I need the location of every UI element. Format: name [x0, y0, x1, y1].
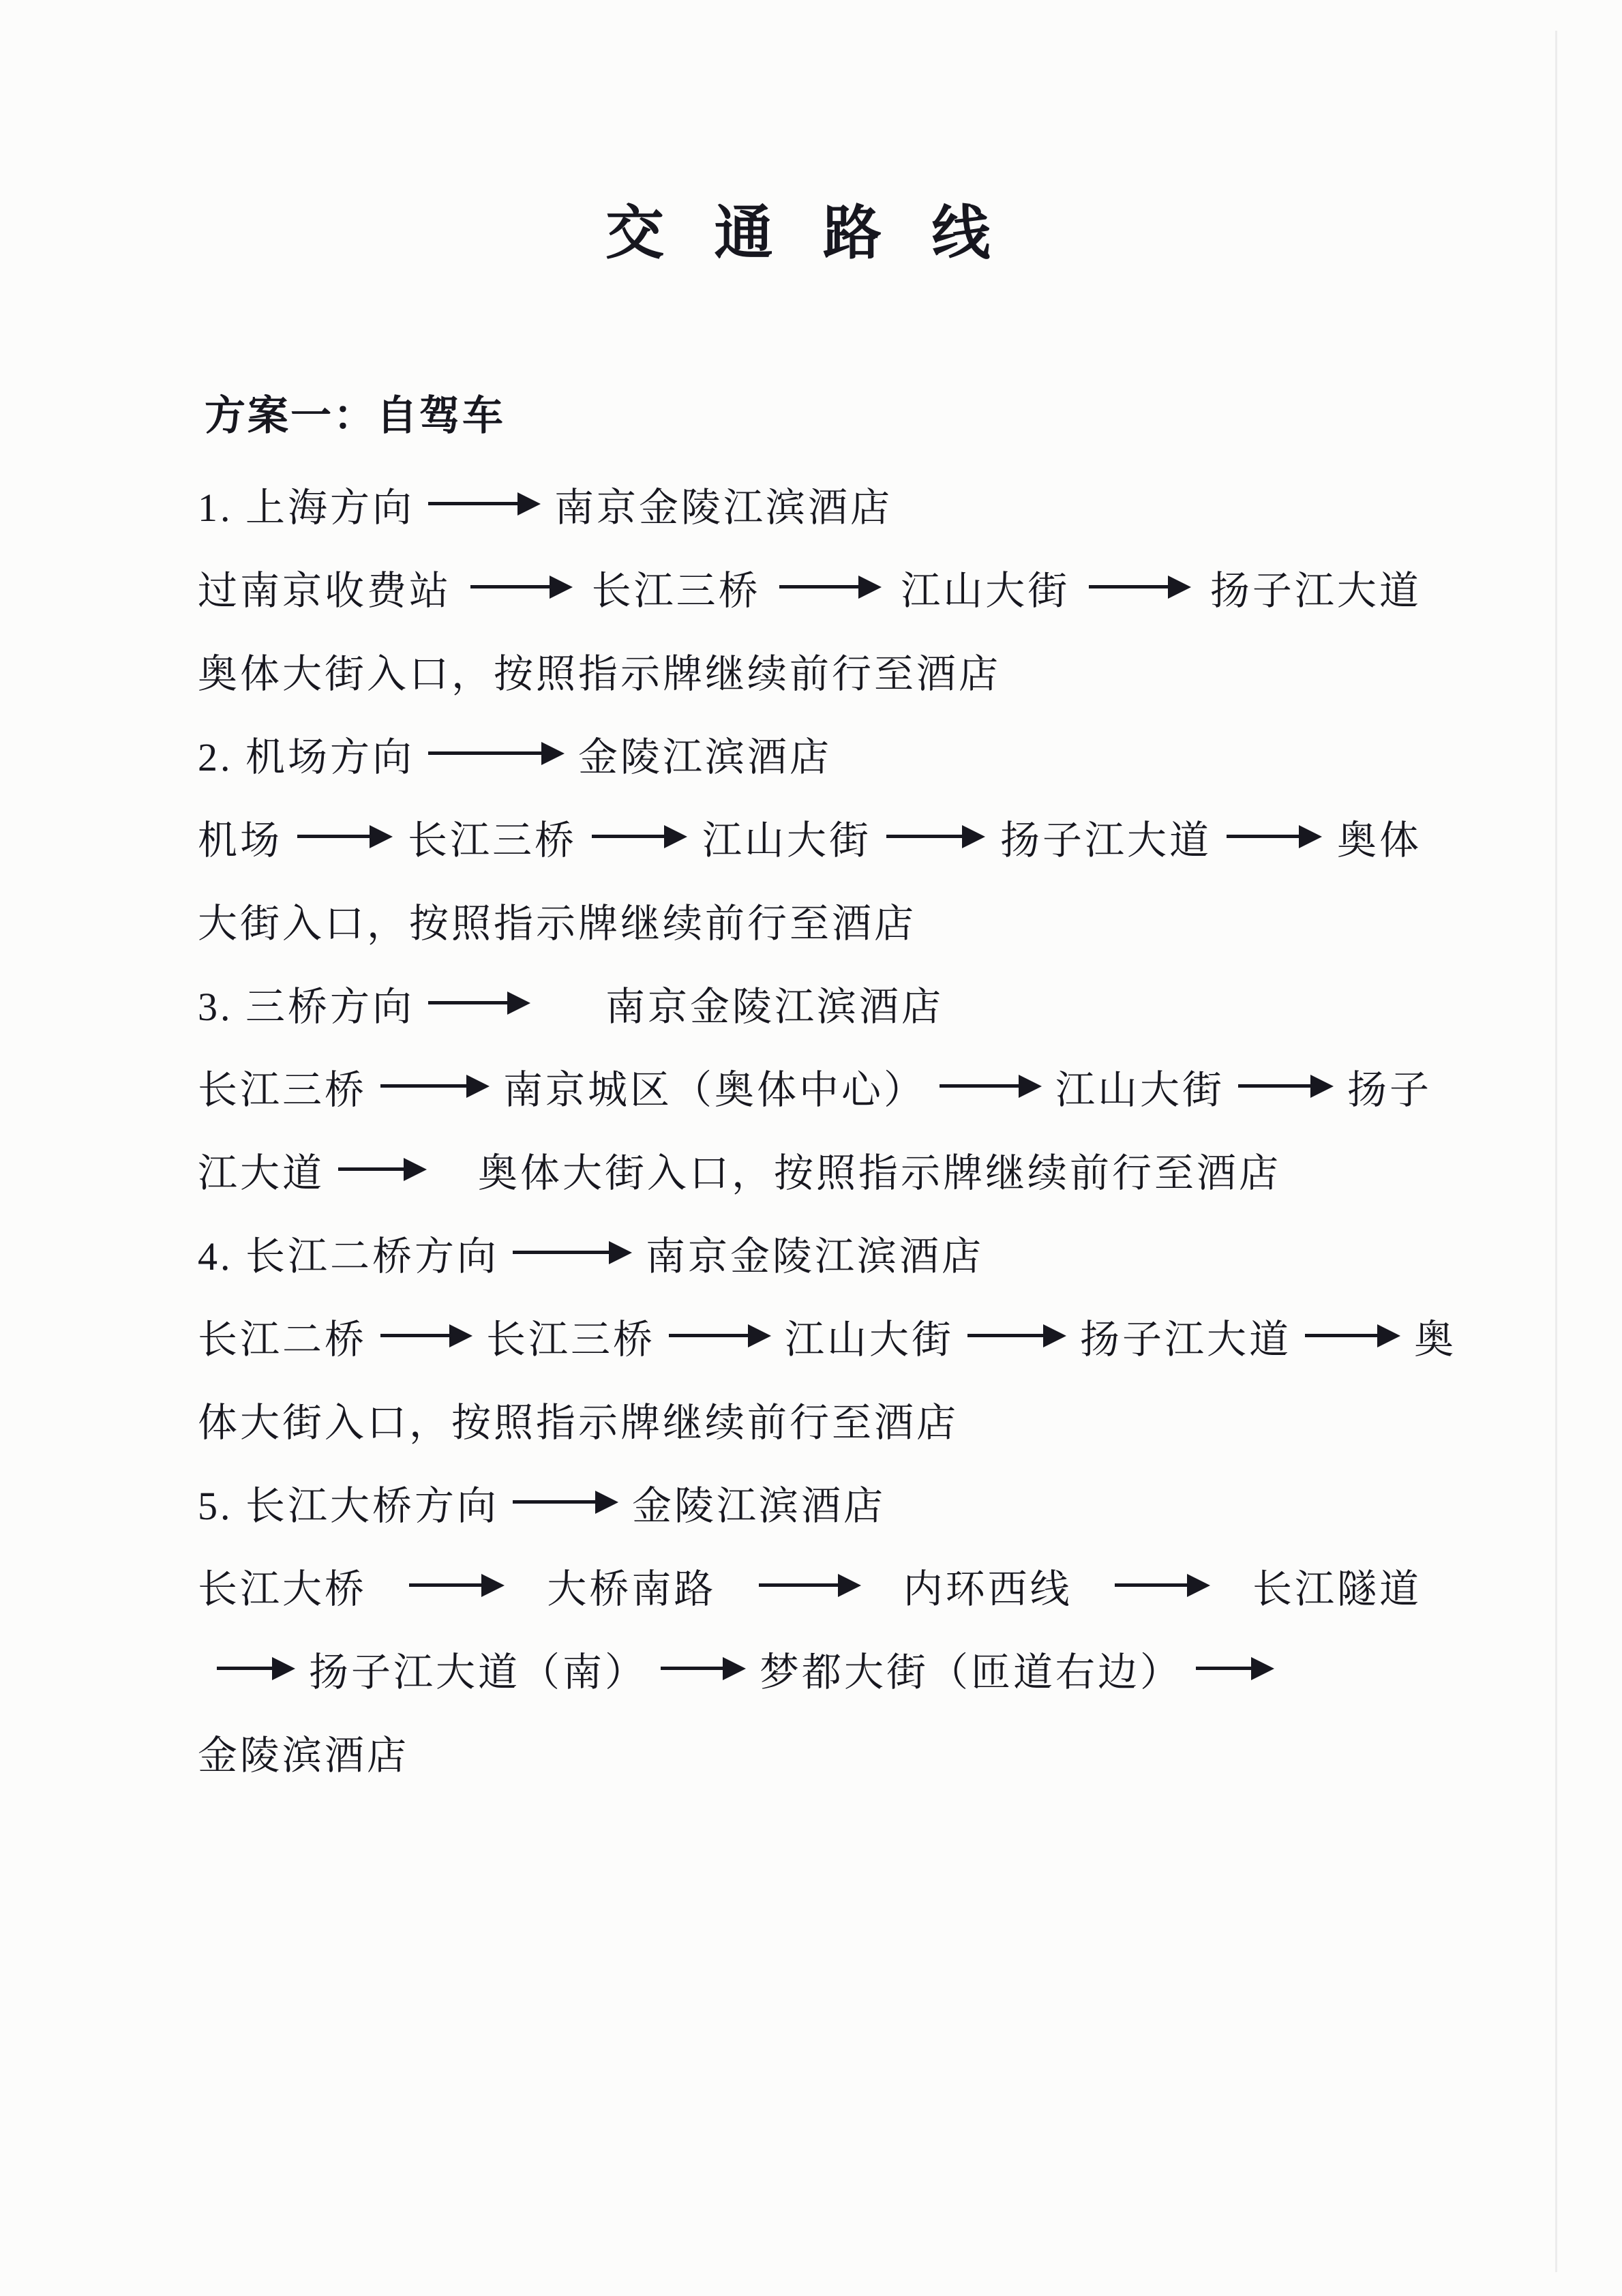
route-line: 3. 三桥方向南京金陵江滨酒店 — [198, 961, 1422, 1045]
route-line: 扬子江大道（南）梦都大街（匝道右边） — [198, 1627, 1422, 1710]
route-line: 长江二桥长江三桥江山大街扬子江大道奥 — [198, 1294, 1422, 1377]
route-text: 江山大街 — [1055, 1058, 1225, 1115]
route-text: 长江二桥 — [198, 1307, 367, 1365]
route-line: 2. 机场方向金陵江滨酒店 — [198, 712, 1422, 795]
route-text: 扬子江大道 — [1000, 808, 1212, 865]
route-text: 奥体大街入口，按照指示牌继续前行至酒店 — [198, 642, 1001, 699]
route-text: 机场 — [198, 808, 282, 865]
right-arrow-icon — [967, 1322, 1066, 1350]
right-arrow-icon — [380, 1322, 472, 1350]
route-text: 南京城区（奥体中心） — [503, 1058, 926, 1115]
route-text: 江大道 — [198, 1141, 325, 1198]
right-arrow-icon — [1089, 573, 1191, 601]
route-text: 长江三桥 — [486, 1307, 655, 1365]
right-arrow-icon — [1305, 1322, 1400, 1350]
route-text: 5. 长江大桥方向 — [198, 1474, 499, 1531]
route-line: 大街入口，按照指示牌继续前行至酒店 — [198, 878, 1422, 961]
right-arrow-icon — [297, 823, 393, 850]
route-text: 扬子江大道 — [1080, 1307, 1291, 1365]
route-text: 长江三桥 — [408, 808, 577, 865]
right-arrow-icon — [661, 1655, 746, 1682]
route-line: 金陵滨酒店 — [198, 1710, 1422, 1793]
section-heading: 方案一：自驾车 — [205, 383, 505, 442]
right-arrow-icon — [513, 1239, 632, 1266]
route-text: 体大街入口，按照指示牌继续前行至酒店 — [198, 1390, 959, 1448]
route-text: 奥 — [1414, 1307, 1456, 1365]
route-line: 体大街入口，按照指示牌继续前行至酒店 — [198, 1377, 1422, 1461]
right-arrow-icon — [338, 1156, 427, 1183]
right-arrow-icon — [886, 823, 985, 850]
route-line: 机场长江三桥江山大街扬子江大道奥体 — [198, 795, 1422, 878]
route-text: 内环西线 — [903, 1557, 1072, 1614]
right-arrow-icon — [409, 1572, 505, 1599]
right-arrow-icon — [669, 1322, 771, 1350]
right-arrow-icon — [940, 1073, 1042, 1100]
right-arrow-icon — [470, 573, 573, 601]
route-text: 奥体大街入口，按照指示牌继续前行至酒店 — [478, 1141, 1281, 1198]
route-text: 南京金陵江滨酒店 — [646, 1224, 984, 1281]
route-line: 江大道奥体大街入口，按照指示牌继续前行至酒店 — [198, 1128, 1422, 1211]
scanned-document-page: 交 通 路 线 方案一：自驾车 1. 上海方向南京金陵江滨酒店过南京收费站长江三… — [0, 0, 1622, 2296]
right-arrow-icon — [759, 1572, 861, 1599]
right-arrow-icon — [513, 1489, 618, 1516]
route-text: 2. 机场方向 — [198, 725, 415, 782]
route-text: 扬子 — [1347, 1058, 1432, 1115]
route-line: 1. 上海方向南京金陵江滨酒店 — [198, 462, 1422, 546]
route-text: 大桥南路 — [547, 1557, 716, 1614]
route-text: 南京金陵江滨酒店 — [554, 475, 892, 533]
route-line: 5. 长江大桥方向金陵江滨酒店 — [198, 1461, 1422, 1544]
route-text: 长江三桥 — [592, 558, 761, 616]
route-text: 江山大街 — [901, 558, 1070, 616]
route-text: 长江三桥 — [198, 1058, 367, 1115]
route-text: 4. 长江二桥方向 — [198, 1224, 499, 1281]
right-arrow-icon — [1196, 1655, 1274, 1682]
right-arrow-icon — [1227, 823, 1322, 850]
right-arrow-icon — [428, 740, 565, 767]
route-text: 大街入口，按照指示牌继续前行至酒店 — [198, 891, 916, 949]
route-text: 金陵江滨酒店 — [632, 1474, 886, 1531]
route-line: 奥体大街入口，按照指示牌继续前行至酒店 — [198, 629, 1422, 712]
route-text: 江山大街 — [785, 1307, 954, 1365]
right-arrow-icon — [779, 573, 882, 601]
route-text: 1. 上海方向 — [198, 475, 415, 533]
route-text: 3. 三桥方向 — [198, 974, 415, 1032]
scan-artifact-line — [1555, 31, 1557, 2272]
route-text: 南京金陵江滨酒店 — [605, 974, 944, 1032]
route-line: 4. 长江二桥方向南京金陵江滨酒店 — [198, 1211, 1422, 1294]
route-line: 长江大桥大桥南路内环西线长江隧道 — [198, 1544, 1422, 1627]
right-arrow-icon — [1115, 1572, 1210, 1599]
route-text: 过南京收费站 — [198, 558, 451, 616]
route-text: 扬子江大道（南） — [309, 1640, 647, 1697]
right-arrow-icon — [380, 1073, 490, 1100]
right-arrow-icon — [217, 1655, 295, 1682]
right-arrow-icon — [592, 823, 687, 850]
right-arrow-icon — [428, 989, 530, 1017]
right-arrow-icon — [428, 490, 541, 518]
document-title: 交 通 路 线 — [605, 185, 1008, 270]
right-arrow-icon — [1238, 1073, 1334, 1100]
route-text: 金陵江滨酒店 — [578, 725, 832, 782]
route-text: 奥体 — [1337, 808, 1422, 865]
route-line: 过南京收费站长江三桥江山大街扬子江大道 — [198, 546, 1422, 629]
route-list: 1. 上海方向南京金陵江滨酒店过南京收费站长江三桥江山大街扬子江大道奥体大街入口… — [198, 462, 1422, 1793]
route-text: 长江大桥 — [198, 1557, 367, 1614]
route-text: 江山大街 — [702, 808, 871, 865]
route-line: 长江三桥南京城区（奥体中心）江山大街扬子 — [198, 1045, 1422, 1128]
route-text: 金陵滨酒店 — [198, 1723, 409, 1780]
route-text: 长江隧道 — [1252, 1557, 1422, 1614]
route-text: 扬子江大道 — [1210, 558, 1422, 616]
route-text: 梦都大街（匝道右边） — [760, 1640, 1182, 1697]
